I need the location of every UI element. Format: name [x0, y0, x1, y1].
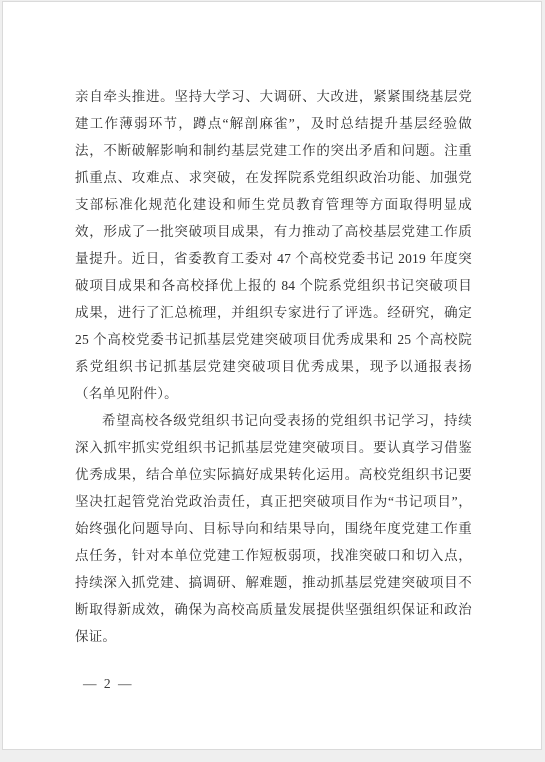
body-line: 坚决扛起管党治党政治责任，真正把突破项目作为“书记项目”，	[75, 488, 472, 515]
body-line: 法，不断破解影响和制约基层党建工作的突出矛盾和问题。注重	[75, 137, 472, 164]
body-line: 抓重点、攻难点、求突破，在发挥院系党组织政治功能、加强党	[75, 164, 472, 191]
document-body: 亲自牵头推进。坚持大学习、大调研、大改进，紧紧围绕基层党 建工作薄弱环节，蹲点“…	[75, 83, 472, 650]
body-line: 成果，进行了汇总梳理，并组织专家进行了评选。经研究，确定	[75, 299, 472, 326]
document-page: 亲自牵头推进。坚持大学习、大调研、大改进，紧紧围绕基层党 建工作薄弱环节，蹲点“…	[2, 1, 542, 750]
body-line: 破项目成果和各高校择优上报的 84 个院系党组织书记突破项目	[75, 272, 472, 299]
body-line: 25 个高校党委书记抓基层党建突破项目优秀成果和 25 个高校院	[75, 326, 472, 353]
page-number: — 2 —	[83, 676, 134, 692]
body-line: 系党组织书记抓基层党建突破项目优秀成果，现予以通报表扬	[75, 353, 472, 380]
scan-background: 亲自牵头推进。坚持大学习、大调研、大改进，紧紧围绕基层党 建工作薄弱环节，蹲点“…	[0, 0, 545, 762]
body-line: 优秀成果，结合单位实际搞好成果转化运用。高校党组织书记要	[75, 461, 472, 488]
body-line: 效，形成了一批突破项目成果，有力推动了高校基层党建工作质	[75, 218, 472, 245]
body-line: 量提升。近日，省委教育工委对 47 个高校党委书记 2019 年度突	[75, 245, 472, 272]
body-line: 支部标准化规范化建设和师生党员教育管理等方面取得明显成	[75, 191, 472, 218]
body-line: 持续深入抓党建、搞调研、解难题，推动抓基层党建突破项目不	[75, 569, 472, 596]
body-line: 希望高校各级党组织书记向受表扬的党组织书记学习，持续	[75, 407, 472, 434]
body-line: 始终强化问题导向、目标导向和结果导向，围绕年度党建工作重	[75, 515, 472, 542]
body-line: 断取得新成效，确保为高校高质量发展提供坚强组织保证和政治	[75, 596, 472, 623]
body-line: 点任务，针对本单位党建工作短板弱项，找准突破口和切入点，	[75, 542, 472, 569]
body-line: 亲自牵头推进。坚持大学习、大调研、大改进，紧紧围绕基层党	[75, 83, 472, 110]
body-line: 建工作薄弱环节，蹲点“解剖麻雀”，及时总结提升基层经验做	[75, 110, 472, 137]
body-line: 深入抓牢抓实党组织书记抓基层党建突破项目。要认真学习借鉴	[75, 434, 472, 461]
body-line: 保证。	[75, 623, 472, 650]
body-line: （名单见附件）。	[75, 380, 472, 407]
